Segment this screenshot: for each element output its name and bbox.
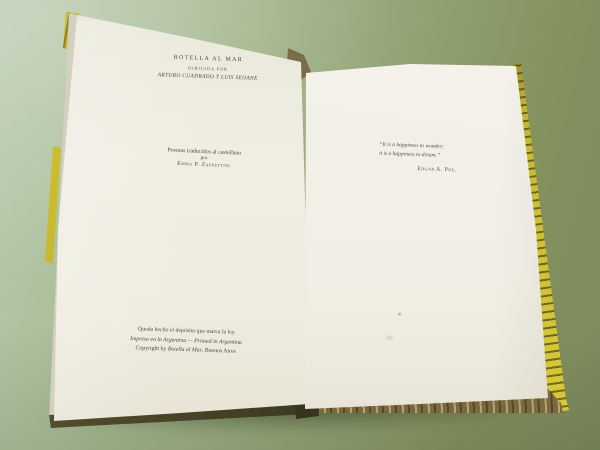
imprint-copyright-suffix: , Buenos Aires	[202, 348, 236, 355]
page-stain	[386, 336, 393, 339]
epigraph-line-2: it is a happiness to dream.”	[379, 149, 459, 161]
book-photo: BOTELLA AL MAR DIRIGIDA POR ARTURO CUADR…	[0, 0, 600, 450]
imprint-copyright-publisher: Botella al Mar	[168, 347, 202, 354]
epigraph-block: “It is a happiness to wonder; it is a ha…	[378, 141, 459, 175]
imprint-copyright-prefix: Copyright by	[135, 345, 167, 352]
page-speck	[398, 313, 401, 315]
